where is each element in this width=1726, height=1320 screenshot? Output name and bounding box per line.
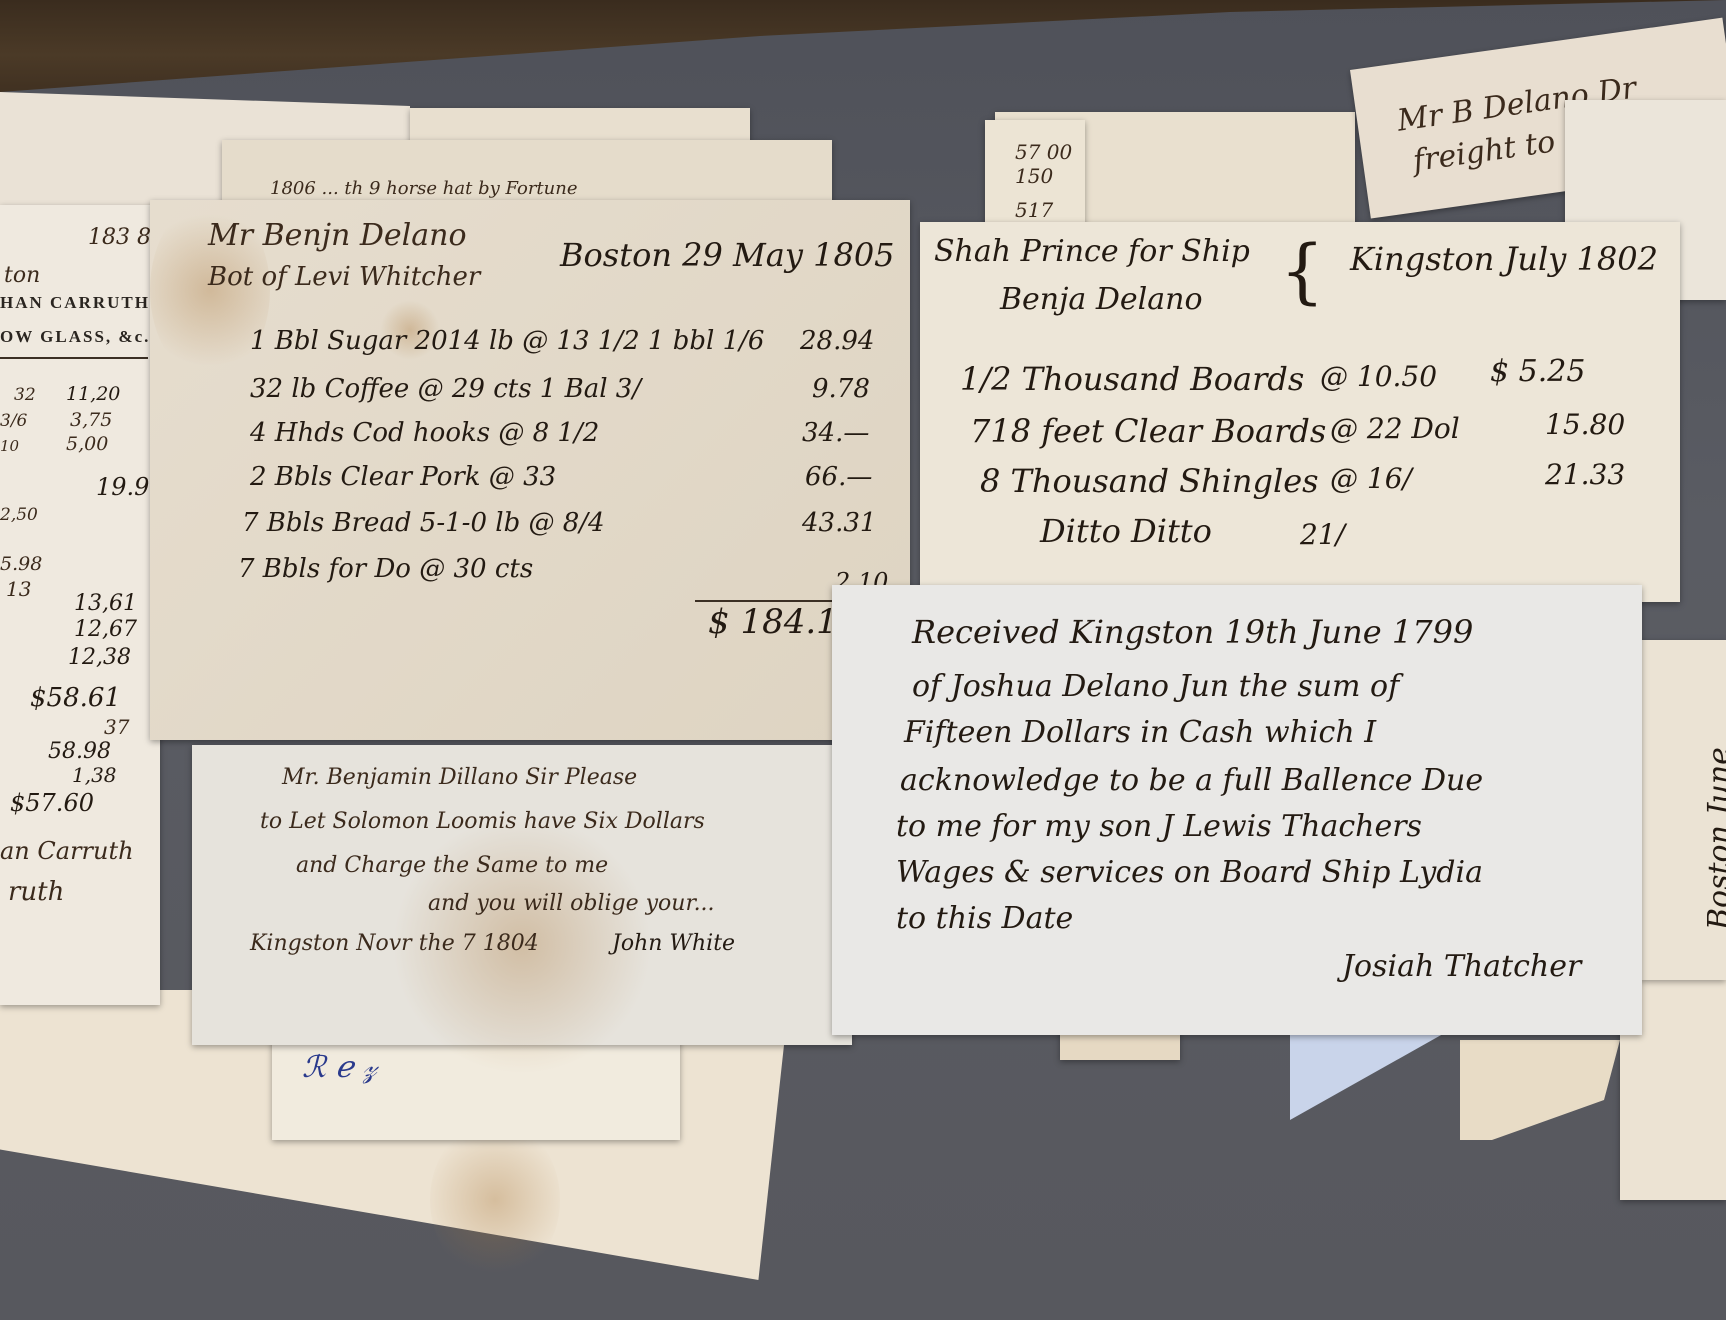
item-desc: 7 Bbls for Do @ 30 cts	[238, 554, 533, 584]
stain	[430, 1120, 560, 1280]
amount: 3/6	[0, 411, 27, 431]
receipt-line: to me for my son J Lewis Thachers	[896, 809, 1422, 844]
amount: 12,38	[68, 645, 131, 670]
item-rate: @ 10.50	[1320, 360, 1437, 393]
item-desc: 1/2 Thousand Boards	[960, 360, 1304, 398]
receipt-line: Fifteen Dollars in Cash which I	[904, 715, 1376, 750]
billhead-rule	[0, 357, 148, 359]
amount: 2,50	[0, 505, 38, 525]
bill-addressee: Mr Benjn Delano	[208, 218, 467, 253]
fragment-line: 57 00	[1015, 140, 1072, 164]
item-amount: 34.—	[802, 418, 869, 448]
item-rate: 21/	[1300, 518, 1345, 551]
item-desc: 32 lb Coffee @ 29 cts 1 Bal 3/	[250, 374, 641, 404]
item-amount: $ 5.25	[1490, 354, 1585, 389]
item-amount: 43.31	[802, 508, 876, 538]
receipt-line: acknowledge to be a full Ballence Due	[900, 763, 1483, 798]
amount: 1,38	[72, 763, 117, 787]
item-desc: 718 feet Clear Boards	[970, 412, 1326, 450]
item-desc: 8 Thousand Shingles	[980, 462, 1319, 500]
billhead-left: 183 8 ton HAN CARRUTH, OW GLASS, &c. 32 …	[0, 205, 160, 1005]
item-desc: 7 Bbls Bread 5-1-0 lb @ 8/4	[242, 508, 605, 538]
strip-1806-text: 1806 ... th 9 horse hat by Fortune	[270, 178, 578, 199]
amount: 13,61	[74, 591, 137, 616]
billhead-year: 183 8	[88, 225, 151, 250]
receipt-signature: Josiah Thatcher	[1342, 949, 1581, 984]
signature-line-1: an Carruth	[0, 837, 134, 865]
bill-place-date: Boston 29 May 1805	[560, 236, 895, 274]
item-amount: 21.33	[1545, 458, 1625, 491]
fragment-line: 517	[1015, 198, 1053, 222]
item-amount: 15.80	[1545, 408, 1625, 441]
item-amount: 9.78	[812, 374, 870, 404]
bill-from: Bot of Levi Whitcher	[208, 262, 480, 292]
receipt-kingston-1799: Received Kingston 19th June 1799 of Josh…	[832, 585, 1642, 1035]
order-line: and Charge the Same to me	[296, 853, 608, 878]
amount: 5,00	[66, 433, 108, 455]
amount: 37	[104, 715, 129, 739]
fragment-line: 150	[1015, 164, 1053, 188]
amount-final: $57.60	[10, 789, 94, 817]
item-amount: 66.—	[805, 462, 872, 492]
amount: 32	[14, 385, 36, 405]
amount: 5.98	[0, 553, 42, 575]
amount: 58.98	[48, 739, 111, 764]
order-line: to Let Solomon Loomis have Six Dollars	[260, 809, 705, 834]
order-place-date: Kingston Novr the 7 1804	[250, 931, 539, 956]
receipt-line: Received Kingston 19th June 1799	[912, 613, 1473, 651]
item-desc: 1 Bbl Sugar 2014 lb @ 13 1/2 1 bbl 1/6	[250, 326, 764, 356]
amount: 13	[6, 577, 31, 601]
order-line: and you will oblige your...	[428, 891, 715, 916]
fragment-top-small: 57 00 150 517	[985, 120, 1085, 230]
amount-total: $58.61	[30, 683, 121, 713]
item-amount: 28.94	[800, 326, 874, 356]
bill-header-left-2: Benja Delano	[1000, 282, 1203, 317]
signature-line-2: ruth	[8, 877, 64, 907]
order-signature: John White	[612, 931, 735, 956]
billhead-firm: HAN CARRUTH,	[0, 293, 156, 313]
bill-boston-1805: Mr Benjn Delano Bot of Levi Whitcher Bos…	[150, 200, 910, 740]
billhead-partial-word: ton	[4, 263, 40, 288]
bill-kingston-1802: Shah Prince for Ship Benja Delano { King…	[920, 222, 1680, 602]
amount: 12,67	[74, 617, 137, 642]
amount: 3,75	[70, 409, 112, 431]
receipt-line: Wages & services on Board Ship Lydia	[896, 855, 1483, 890]
amount: 10	[0, 437, 19, 455]
receipt-line: to this Date	[896, 901, 1073, 936]
item-rate: @ 22 Dol	[1330, 412, 1460, 445]
fragment-vertical-text: Boston June	[1702, 747, 1726, 930]
brace-icon: {	[1280, 230, 1325, 312]
blue-ink-marks: ℛ ℯ 𝓏	[302, 1050, 377, 1085]
receipt-line: of Joshua Delano Jun the sum of	[912, 669, 1399, 704]
item-desc: 2 Bbls Clear Pork @ 33	[250, 462, 556, 492]
bill-place-date: Kingston July 1802	[1350, 240, 1658, 278]
bill-header-left-1: Shah Prince for Ship	[934, 234, 1250, 269]
fragment-right-vertical: Boston June	[1640, 640, 1726, 980]
item-desc: 4 Hhds Cod hooks @ 8 1/2	[250, 418, 599, 448]
billhead-trade: OW GLASS, &c.	[0, 327, 150, 347]
order-john-white-1804: Mr. Benjamin Dillano Sir Please to Let S…	[192, 745, 852, 1045]
amount: 11,20	[66, 383, 120, 405]
order-line: Mr. Benjamin Dillano Sir Please	[282, 765, 637, 790]
item-desc: Ditto Ditto	[1040, 512, 1212, 550]
item-rate: @ 16/	[1330, 462, 1412, 495]
